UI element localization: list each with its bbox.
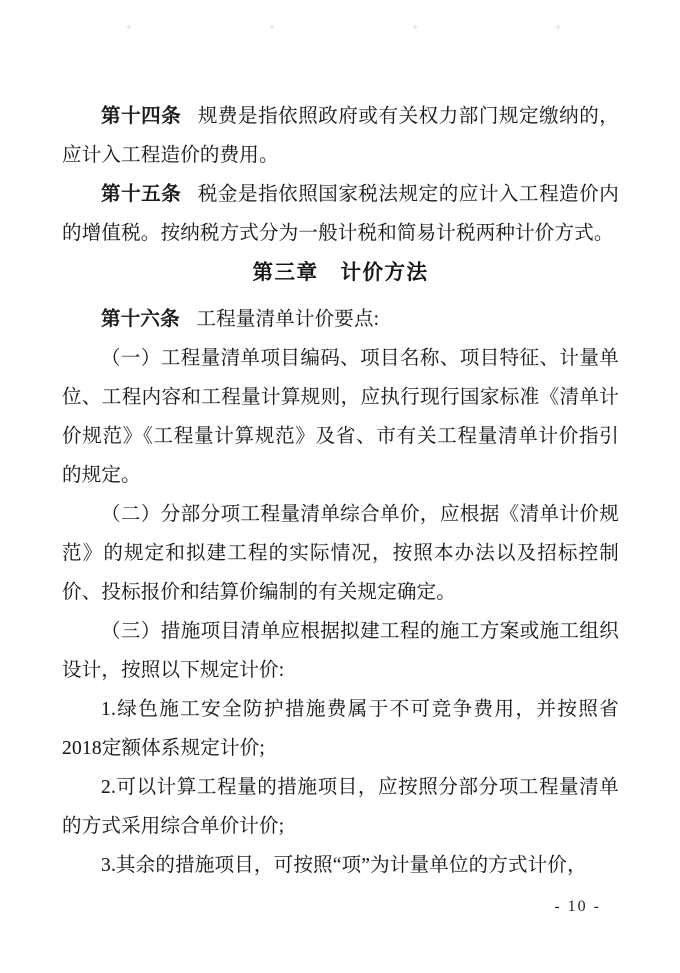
subitem-2: 2.可以计算工程量的措施项目，应按照分部分项工程量清单的方式采用综合单价计价; — [62, 768, 619, 846]
document-body: 第十四条规费是指依照政府或有关权力部门规定缴纳的，应计入工程造价的费用。 第十五… — [62, 97, 619, 885]
article-16-number: 第十六条 — [101, 309, 180, 330]
page-number: - 10 - — [554, 898, 601, 916]
item-1: （一）工程量清单项目编码、项目名称、项目特征、计量单位、工程内容和工程量计算规则… — [62, 339, 619, 495]
article-15: 第十五条税金是指依照国家税法规定的应计入工程造价内的增值税。按纳税方式分为一般计… — [62, 175, 619, 253]
item-2: （二）分部分项工程量清单综合单价，应根据《清单计价规范》的规定和拟建工程的实际情… — [62, 495, 619, 612]
article-14: 第十四条规费是指依照政府或有关权力部门规定缴纳的，应计入工程造价的费用。 — [62, 97, 619, 175]
subitem-3: 3.其余的措施项目，可按照“项”为计量单位的方式计价， — [62, 846, 619, 885]
item-3: （三）措施项目清单应根据拟建工程的施工方案或施工组织设计，按照以下规定计价: — [62, 612, 619, 690]
article-16: 第十六条工程量清单计价要点: — [62, 300, 619, 339]
subitem-1: 1.绿色施工安全防护措施费属于不可竞争费用，并按照省2018定额体系规定计价; — [62, 690, 619, 768]
article-16-text: 工程量清单计价要点: — [196, 309, 379, 330]
document-page: + + + + 第十四条规费是指依照政府或有关权力部门规定缴纳的，应计入工程造价… — [0, 0, 680, 973]
scan-artifact-icon: + — [412, 22, 418, 33]
scan-artifact-icon: + — [126, 22, 132, 33]
article-14-number: 第十四条 — [101, 106, 181, 127]
article-15-number: 第十五条 — [101, 184, 181, 205]
scan-artifact-icon: + — [269, 22, 275, 33]
scan-artifact-icon: + — [555, 22, 561, 33]
chapter-heading: 第三章 计价方法 — [62, 253, 619, 292]
